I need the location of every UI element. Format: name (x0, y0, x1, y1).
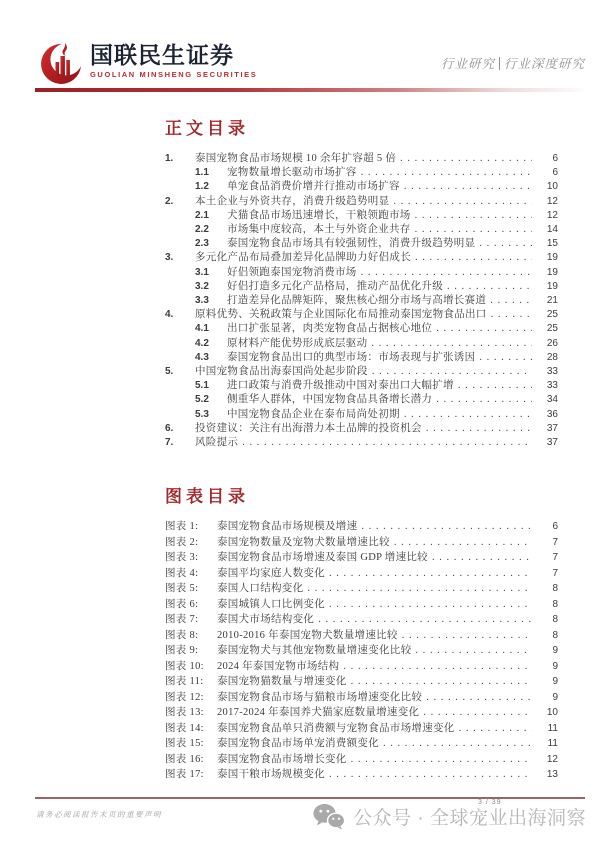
page-header: 国联民生证券 GUOLIAN MINSHENG SECURITIES 行业研究 … (35, 42, 585, 88)
toc-entry[interactable]: 2.3 泰国宠物食品市场具有较强韧性，消费升级趋势明显 15 (165, 237, 558, 251)
figure-entry-title: 泰国宠物猫数量与增速变化 (217, 674, 347, 690)
figure-entry-label: 图表 1: (165, 519, 217, 535)
dot-leader (404, 408, 532, 422)
toc-entry-number: 1. (165, 152, 195, 166)
toc-entry-title: 泰国宠物食品市场具有较强韧性，消费升级趋势明显 (227, 237, 475, 251)
dot-leader (479, 237, 532, 251)
dot-leader (490, 294, 532, 308)
toc-entry-page: 34 (536, 393, 558, 407)
figure-entry[interactable]: 图表 9: 泰国宠物犬与其他宠物数量增速变化比较 9 (165, 643, 558, 659)
toc-entry-page: 36 (536, 408, 558, 422)
company-logo-icon (40, 42, 84, 86)
toc-entry-title: 多元化产品布局叠加差异化品牌助力好侣成长 (195, 251, 411, 265)
dot-leader (329, 767, 532, 783)
toc-entry-page: 26 (536, 337, 558, 351)
company-name-cn: 国联民生证券 (90, 42, 257, 68)
toc-entry[interactable]: 2.1 犬猫食品市场迅速增长，干粮领跑市场 12 (165, 209, 558, 223)
dot-leader (329, 597, 532, 613)
dot-leader (371, 337, 532, 351)
figure-entry-label: 图表 13: (165, 705, 217, 721)
toc-entry[interactable]: 4.2 原材料产能优势形成底层驱动 26 (165, 337, 558, 351)
figure-entry-label: 图表 3: (165, 550, 217, 566)
dot-leader (458, 379, 532, 393)
toc-entry-title: 原材料产能优势形成底层驱动 (227, 337, 367, 351)
toc-entry-number: 1.1 (195, 166, 227, 180)
toc-entry-title: 好侣领跑泰国宠物消费市场 (227, 266, 357, 280)
toc-entry-page: 25 (536, 322, 558, 336)
dot-leader (415, 643, 532, 659)
toc-entry-page: 15 (536, 237, 558, 251)
figure-entry-title: 2024 年泰国宠物市场结构 (217, 659, 339, 675)
figure-entry-title: 泰国宠物食品市场规模及增速 (217, 519, 357, 535)
dot-leader (426, 690, 532, 706)
toc-entry[interactable]: 5. 中国宠物食品出海泰国尚处起步阶段 33 (165, 365, 558, 379)
figure-toc-title: 图表目录 (165, 486, 558, 508)
figure-entry-label: 图表 10: (165, 659, 217, 675)
toc-entry-title: 泰国宠物食品出口的典型市场：市场表现与扩张诱因 (227, 351, 475, 365)
wechat-watermark: 公众号 · 全球宠业出海洞察 (313, 803, 586, 830)
toc-entry-title: 原料优势、关税政策与企业国际化布局推动泰国宠物食品出口 (195, 308, 487, 322)
toc-entry-page: 19 (536, 251, 558, 265)
figure-entry[interactable]: 图表 10: 2024 年泰国宠物市场结构 9 (165, 659, 558, 675)
toc-entry[interactable]: 3.2 好侣打造多元化产品格局，推动产品优化升级 19 (165, 280, 558, 294)
toc-entry[interactable]: 2. 本土企业与外资共存，消费升级趋势明显 12 (165, 195, 558, 209)
dot-leader (394, 535, 532, 551)
toc-entry[interactable]: 1. 泰国宠物食品市场规模 10 余年扩容超 5 倍 6 (165, 152, 558, 166)
figure-entry-label: 图表 15: (165, 736, 217, 752)
figure-entry-page: 8 (536, 581, 558, 597)
toc-entry-page: 28 (536, 351, 558, 365)
dot-leader (329, 566, 532, 582)
dot-leader (432, 550, 532, 566)
toc-entry-page: 12 (536, 209, 558, 223)
toc-entry[interactable]: 3. 多元化产品布局叠加差异化品牌助力好侣成长 19 (165, 251, 558, 265)
figure-entry-page: 7 (536, 535, 558, 551)
figure-entry-label: 图表 2: (165, 535, 217, 551)
figure-entry-title: 2010-2016 年泰国宠物犬数量增速比较 (217, 628, 398, 644)
footer-rule (35, 797, 585, 799)
toc-entry-title: 好侣打造多元化产品格局，推动产品优化升级 (227, 280, 443, 294)
toc-entry-number: 3.3 (195, 294, 227, 308)
toc-entry-title: 风险提示 (195, 436, 238, 450)
toc-entry[interactable]: 4.3 泰国宠物食品出口的典型市场：市场表现与扩张诱因 28 (165, 351, 558, 365)
toc-entry-number: 3. (165, 251, 195, 265)
figure-entry-page: 11 (536, 721, 558, 737)
dot-leader (307, 581, 532, 597)
figure-entry-page: 10 (536, 705, 558, 721)
figure-entry[interactable]: 图表 6: 泰国城镇人口比例变化 8 (165, 597, 558, 613)
subcategory-label: 行业深度研究 (504, 54, 585, 72)
toc-entry-number: 2.3 (195, 237, 227, 251)
toc-entry-number: 6. (165, 422, 195, 436)
figure-entry-title: 泰国宠物食品市场与猫粮市场增速变化比较 (217, 690, 422, 706)
figure-entry-title: 泰国宠物食品市场增长变化 (217, 752, 347, 768)
toc-entry-number: 2. (165, 195, 195, 209)
toc-entry[interactable]: 5.3 中国宠物食品企业在泰布局尚处初期 36 (165, 408, 558, 422)
toc-entry-number: 4.2 (195, 337, 227, 351)
dot-leader (361, 266, 532, 280)
figure-entry[interactable]: 图表 13: 2017-2024 年泰国养犬猫家庭数量增速变化 10 (165, 705, 558, 721)
figure-entry-label: 图表 9: (165, 643, 217, 659)
figure-entry[interactable]: 图表 5: 泰国人口结构变化 8 (165, 581, 558, 597)
toc-entry-page: 33 (536, 365, 558, 379)
figure-entry-label: 图表 5: (165, 581, 217, 597)
figure-entry[interactable]: 图表 8: 2010-2016 年泰国宠物犬数量增速比较 8 (165, 628, 558, 644)
figure-entry-page: 8 (536, 612, 558, 628)
figure-entry[interactable]: 图表 16: 泰国宠物食品市场增长变化 12 (165, 752, 558, 768)
figure-entry-label: 图表 16: (165, 752, 217, 768)
figure-entry-title: 泰国宠物犬与其他宠物数量增速变化比较 (217, 643, 411, 659)
figure-entry-label: 图表 12: (165, 690, 217, 706)
figure-entry-page: 9 (536, 690, 558, 706)
dot-leader (459, 721, 532, 737)
dot-leader (361, 166, 532, 180)
toc-entry-number: 4.3 (195, 351, 227, 365)
figure-entry-title: 泰国犬市场结构变化 (217, 612, 314, 628)
toc-entry-number: 2.1 (195, 209, 227, 223)
toc-entry-title: 市场集中度较高，本土与外资企业共存 (227, 223, 411, 237)
dot-leader (426, 422, 532, 436)
figure-entry-label: 图表 8: (165, 628, 217, 644)
figure-entry-title: 泰国人口结构变化 (217, 581, 303, 597)
content-area: 正文目录 1. 泰国宠物食品市场规模 10 余年扩容超 5 倍 6 1.1 宠物… (165, 118, 558, 783)
company-logo: 国联民生证券 GUOLIAN MINSHENG SECURITIES (40, 42, 257, 86)
toc-entry-page: 33 (536, 379, 558, 393)
toc-entry[interactable]: 5.2 侧重华人群体，中国宠物食品具备增长潜力 34 (165, 393, 558, 407)
toc-entry-page: 37 (536, 436, 558, 450)
dot-leader (351, 674, 532, 690)
figure-entry[interactable]: 图表 3: 泰国宠物食品市场增速及泰国 GDP 增速比较 7 (165, 550, 558, 566)
dot-leader (372, 365, 532, 379)
toc-entry-number: 5.3 (195, 408, 227, 422)
toc-entry[interactable]: 4.1 出口扩张显著，肉类宠物食品占据核心地位 25 (165, 322, 558, 336)
dot-leader (383, 736, 532, 752)
dot-leader (415, 223, 532, 237)
category-label: 行业研究 (441, 54, 495, 72)
toc-entry-title: 单宠食品消费价增并行推动市场扩容 (227, 180, 400, 194)
toc-entry-title: 泰国宠物食品市场规模 10 余年扩容超 5 倍 (195, 152, 396, 166)
toc-list: 1. 泰国宠物食品市场规模 10 余年扩容超 5 倍 6 1.1 宠物数量增长驱… (165, 152, 558, 450)
dot-leader (479, 351, 532, 365)
toc-entry-number: 1.2 (195, 180, 227, 194)
dot-leader (343, 659, 532, 675)
figure-entry-page: 7 (536, 550, 558, 566)
figure-entry-title: 泰国宠物数量及宠物犬数量增速比较 (217, 535, 390, 551)
figure-entry[interactable]: 图表 4: 泰国平均家庭人数变化 7 (165, 566, 558, 582)
toc-entry[interactable]: 7. 风险提示 37 (165, 436, 558, 450)
figure-entry-title: 泰国宠物食品市场增速及泰国 GDP 增速比较 (217, 550, 428, 566)
toc-entry-title: 侧重华人群体，中国宠物食品具备增长潜力 (227, 393, 432, 407)
figure-entry-page: 9 (536, 674, 558, 690)
figure-list: 图表 1: 泰国宠物食品市场规模及增速 6 图表 2: 泰国宠物数量及宠物犬数量… (165, 519, 558, 783)
figure-entry-page: 6 (536, 519, 558, 535)
dot-leader (318, 612, 532, 628)
watermark-text: 公众号 · 全球宠业出海洞察 (353, 803, 586, 830)
dot-leader (415, 251, 532, 265)
toc-entry-number: 5. (165, 365, 195, 379)
toc-entry-title: 犬猫食品市场迅速增长，干粮领跑市场 (227, 209, 411, 223)
wechat-icon (313, 803, 345, 830)
dot-leader (447, 280, 532, 294)
figure-entry[interactable]: 图表 11: 泰国宠物猫数量与增速变化 9 (165, 674, 558, 690)
toc-entry-title: 宠物数量增长驱动市场扩容 (227, 166, 357, 180)
toc-entry-page: 19 (536, 280, 558, 294)
figure-entry[interactable]: 图表 1: 泰国宠物食品市场规模及增速 6 (165, 519, 558, 535)
toc-entry[interactable]: 2.2 市场集中度较高，本土与外资企业共存 14 (165, 223, 558, 237)
toc-entry-title: 本土企业与外资共存，消费升级趋势明显 (195, 195, 389, 209)
toc-entry-title: 出口扩张显著，肉类宠物食品占据核心地位 (227, 322, 432, 336)
dot-leader (423, 705, 532, 721)
category-divider (499, 57, 500, 70)
figure-entry-label: 图表 17: (165, 767, 217, 783)
toc-entry-title: 投资建议：关注有出海潜力本土品牌的投资机会 (195, 422, 422, 436)
figure-entry-title: 2017-2024 年泰国养犬猫家庭数量增速变化 (217, 705, 419, 721)
toc-entry-page: 6 (536, 152, 558, 166)
figure-entry-page: 12 (536, 752, 558, 768)
figure-entry[interactable]: 图表 15: 泰国宠物食品市场单宠消费额变化 11 (165, 736, 558, 752)
toc-entry-number: 4.1 (195, 322, 227, 336)
dot-leader (436, 322, 532, 336)
figure-entry-page: 9 (536, 659, 558, 675)
toc-entry[interactable]: 5.1 进口政策与消费升级推动中国对泰出口大幅扩增 33 (165, 379, 558, 393)
figure-entry-page: 7 (536, 566, 558, 582)
figure-entry-label: 图表 6: (165, 597, 217, 613)
dot-leader (242, 436, 532, 450)
figure-entry-label: 图表 11: (165, 674, 217, 690)
figure-entry-page: 13 (536, 767, 558, 783)
toc-entry-page: 21 (536, 294, 558, 308)
toc-entry-page: 12 (536, 195, 558, 209)
figure-entry-label: 图表 7: (165, 612, 217, 628)
dot-leader (402, 628, 532, 644)
toc-entry-title: 进口政策与消费升级推动中国对泰出口大幅扩增 (227, 379, 454, 393)
figure-entry-title: 泰国干粮市场规模变化 (217, 767, 325, 783)
dot-leader (491, 308, 532, 322)
figure-entry-page: 8 (536, 597, 558, 613)
figure-entry-title: 泰国宠物食品单只消费额与宠物食品市场增速变化 (217, 721, 455, 737)
dot-leader (361, 519, 532, 535)
toc-entry-number: 2.2 (195, 223, 227, 237)
company-name-en: GUOLIAN MINSHENG SECURITIES (90, 70, 257, 79)
toc-entry[interactable]: 1.2 单宠食品消费价增并行推动市场扩容 10 (165, 180, 558, 194)
figure-entry-page: 9 (536, 643, 558, 659)
figure-entry-title: 泰国平均家庭人数变化 (217, 566, 325, 582)
toc-entry[interactable]: 6. 投资建议：关注有出海潜力本土品牌的投资机会 37 (165, 422, 558, 436)
dot-leader (393, 195, 532, 209)
toc-entry-number: 4. (165, 308, 195, 322)
toc-entry[interactable]: 1.1 宠物数量增长驱动市场扩容 6 (165, 166, 558, 180)
toc-entry-title: 中国宠物食品企业在泰布局尚处初期 (227, 408, 400, 422)
toc-entry-page: 10 (536, 180, 558, 194)
figure-entry[interactable]: 图表 17: 泰国干粮市场规模变化 13 (165, 767, 558, 783)
figure-entry-label: 图表 14: (165, 721, 217, 737)
toc-entry-page: 19 (536, 266, 558, 280)
figure-entry-label: 图表 4: (165, 566, 217, 582)
toc-entry-number: 5.1 (195, 379, 227, 393)
toc-entry[interactable]: 3.1 好侣领跑泰国宠物消费市场 19 (165, 266, 558, 280)
toc-entry-title: 中国宠物食品出海泰国尚处起步阶段 (195, 365, 368, 379)
figure-entry-page: 8 (536, 628, 558, 644)
figure-entry[interactable]: 图表 2: 泰国宠物数量及宠物犬数量增速比较 7 (165, 535, 558, 551)
dot-leader (415, 209, 532, 223)
toc-entry-number: 3.1 (195, 266, 227, 280)
figure-entry-title: 泰国宠物食品市场单宠消费额变化 (217, 736, 379, 752)
figure-toc-section: 图表目录 图表 1: 泰国宠物食品市场规模及增速 6 图表 2: 泰国宠物数量及… (165, 486, 558, 783)
toc-entry-title: 打造差异化品牌矩阵，聚焦核心细分市场与高增长赛道 (227, 294, 486, 308)
toc-title: 正文目录 (165, 118, 558, 140)
figure-entry[interactable]: 图表 14: 泰国宠物食品单只消费额与宠物食品市场增速变化 11 (165, 721, 558, 737)
report-page: 国联民生证券 GUOLIAN MINSHENG SECURITIES 行业研究 … (0, 0, 600, 848)
figure-entry-title: 泰国城镇人口比例变化 (217, 597, 325, 613)
toc-entry-number: 7. (165, 436, 195, 450)
figure-entry-page: 11 (536, 736, 558, 752)
dot-leader (351, 752, 532, 768)
toc-entry-page: 14 (536, 223, 558, 237)
figure-entry[interactable]: 图表 7: 泰国犬市场结构变化 8 (165, 612, 558, 628)
dot-leader (436, 393, 532, 407)
toc-entry-page: 6 (536, 166, 558, 180)
header-rule (35, 88, 585, 92)
toc-entry-page: 37 (536, 422, 558, 436)
toc-entry-number: 5.2 (195, 393, 227, 407)
toc-entry[interactable]: 4. 原料优势、关税政策与企业国际化布局推动泰国宠物食品出口 25 (165, 308, 558, 322)
toc-entry[interactable]: 3.3 打造差异化品牌矩阵，聚焦核心细分市场与高增长赛道 21 (165, 294, 558, 308)
toc-entry-number: 3.2 (195, 280, 227, 294)
toc-entry-page: 25 (536, 308, 558, 322)
report-category: 行业研究 行业深度研究 (441, 54, 585, 72)
footer-disclaimer: 请务必阅读报告末页的重要声明 (36, 809, 162, 820)
dot-leader (400, 152, 532, 166)
figure-entry[interactable]: 图表 12: 泰国宠物食品市场与猫粮市场增速变化比较 9 (165, 690, 558, 706)
dot-leader (404, 180, 532, 194)
